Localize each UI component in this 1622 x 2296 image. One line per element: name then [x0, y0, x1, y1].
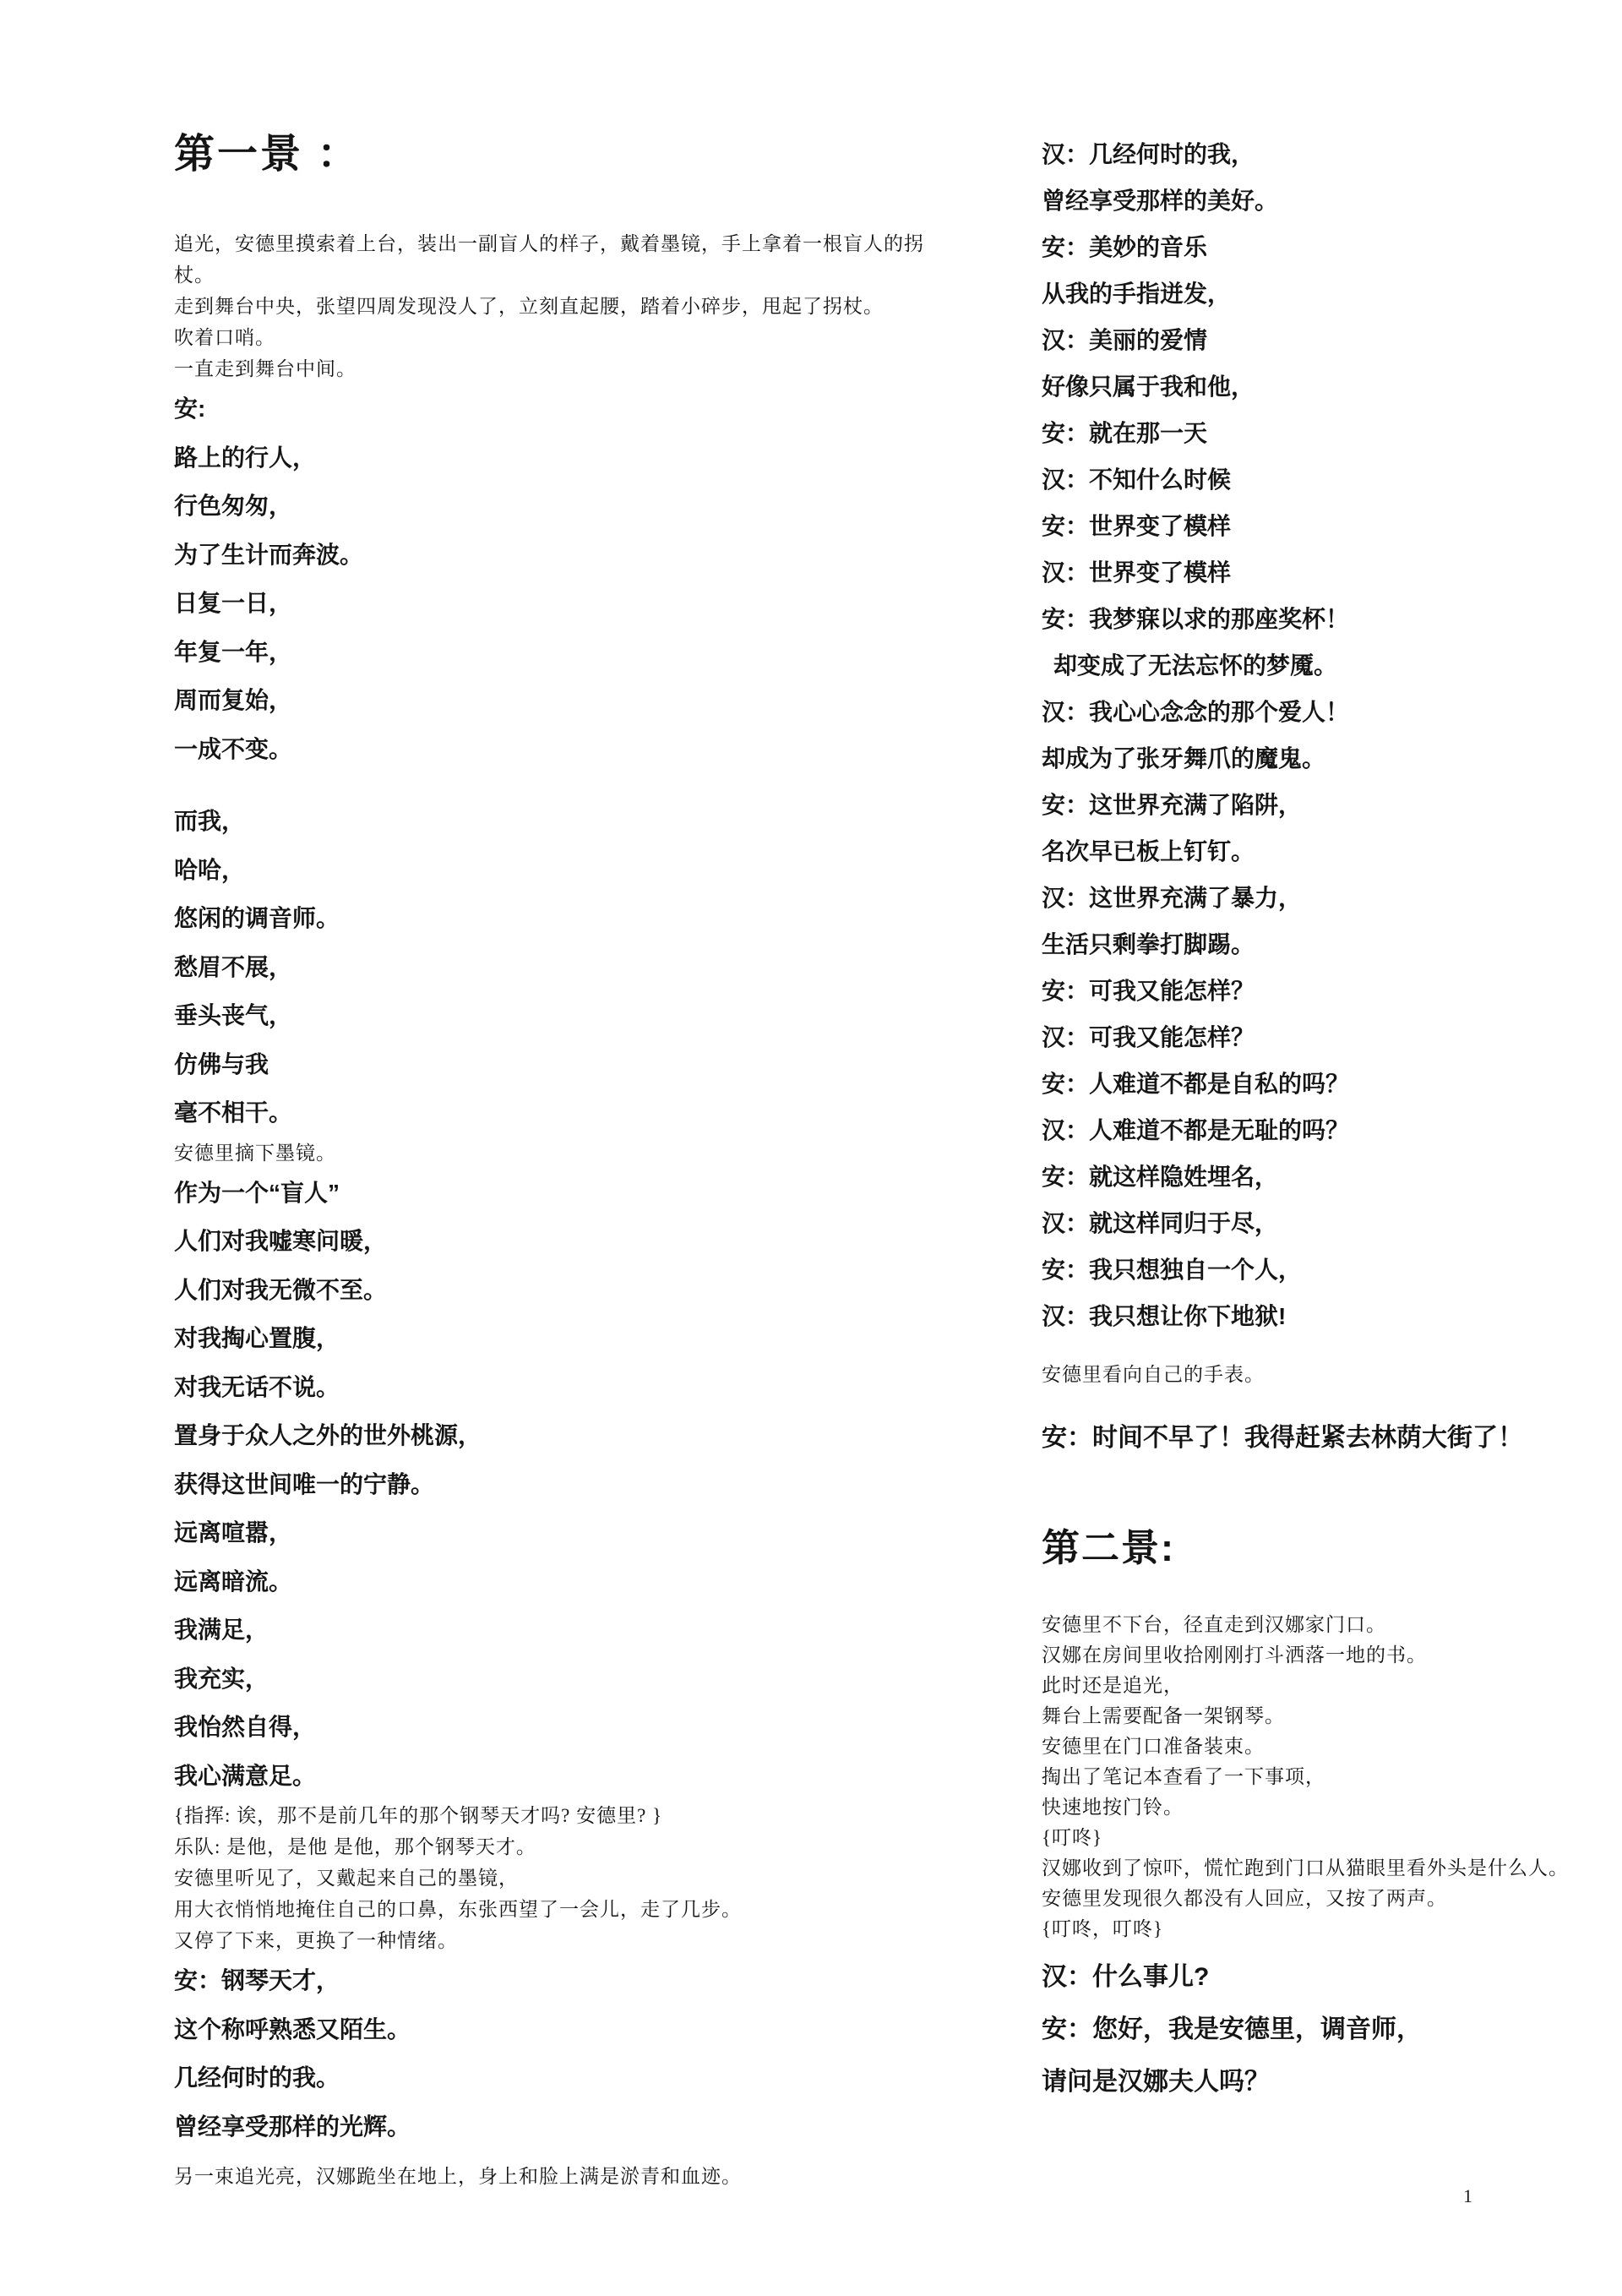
dialogue-line: 安：世界变了模样 — [1042, 503, 1622, 549]
dialogue-line: 汉：这世界充满了暴力， — [1042, 875, 1622, 921]
dialogue-line: 路上的行人， — [174, 434, 951, 483]
stage-direction: 汉娜收到了惊吓，慌忙跑到门口从猫眼里看外头是什么人。 — [1042, 1853, 1622, 1884]
stage-direction: 安德里看向自己的手表。 — [1042, 1360, 1622, 1390]
dialogue-line: 人们对我嘘寒问暖， — [174, 1217, 951, 1266]
dialogue-line: 获得这世间唯一的宁静。 — [174, 1460, 951, 1509]
stage-direction: 用大衣悄悄地掩住自己的口鼻，东张西望了一会儿，走了几步。 — [174, 1894, 951, 1925]
dialogue-line: 从我的手指迸发， — [1042, 270, 1622, 317]
spacer — [1042, 1944, 1622, 1951]
dialogue-line: 安：您好，我是安德里，调音师， — [1042, 2004, 1622, 2056]
dialogue-line: 汉：我心心念念的那个爱人！ — [1042, 689, 1622, 735]
dialogue-line: 请问是汉娜夫人吗？ — [1042, 2056, 1622, 2108]
spacer — [1042, 1573, 1622, 1610]
dialogue-line: 曾经享受那样的光辉。 — [174, 2102, 951, 2151]
dialogue-line: 周而复始， — [174, 676, 951, 725]
spacer — [174, 2151, 951, 2161]
stage-direction: 安德里听见了，又戴起来自己的墨镜， — [174, 1862, 951, 1894]
stage-direction: {指挥: 诶，那不是前几年的那个钢琴天才吗? 安德里? } — [174, 1800, 951, 1831]
dialogue-line: 好像只属于我和他， — [1042, 363, 1622, 410]
dialogue-line: 却变成了无法忘怀的梦魇。 — [1042, 642, 1622, 689]
dialogue-line: 毫不相干。 — [174, 1088, 951, 1137]
dialogue-line: 安：就在那一天 — [1042, 410, 1622, 456]
dialogue-line: 作为一个“盲人” — [174, 1169, 951, 1218]
dialogue-line: 对我掏心置腹， — [174, 1314, 951, 1363]
stage-direction: 汉娜在房间里收拾刚刚打斗洒落一地的书。 — [1042, 1640, 1622, 1671]
stage-direction: {叮咚} — [1042, 1823, 1622, 1853]
dialogue-line: 汉：可我又能怎样？ — [1042, 1014, 1622, 1061]
stage-direction: {叮咚，叮咚} — [1042, 1914, 1622, 1944]
spacer — [1042, 1464, 1622, 1524]
spacer — [174, 181, 951, 228]
page-number: 1 — [1463, 2185, 1472, 2207]
dialogue-line: 为了生计而奔波。 — [174, 531, 951, 580]
dialogue-line: 安：我只想独自一个人， — [1042, 1246, 1622, 1293]
dialogue-line: 曾经享受那样的美好。 — [1042, 177, 1622, 224]
stage-direction: 又停了下来，更换了一种情绪。 — [174, 1925, 951, 1956]
stage-direction: 吹着口哨。 — [174, 322, 951, 353]
dialogue-line: 汉：我只想让你下地狱! — [1042, 1293, 1622, 1339]
dialogue-line: 置身于众人之外的世外桃源， — [174, 1411, 951, 1460]
dialogue-line: 汉：就这样同归于尽， — [1042, 1200, 1622, 1246]
left-column: 第一景 ：追光，安德里摸索着上台，装出一副盲人的样子，戴着墨镜，手上拿着一根盲人… — [174, 128, 951, 2192]
stage-direction: 掏出了笔记本查看了一下事项， — [1042, 1762, 1622, 1792]
dialogue-line: 对我无话不说。 — [174, 1363, 951, 1412]
dialogue-line: 我心满意足。 — [174, 1752, 951, 1801]
dialogue-line: 名次早已板上钉钉。 — [1042, 828, 1622, 875]
dialogue-line: 安：我梦寐以求的那座奖杯！ — [1042, 596, 1622, 642]
stage-direction: 乐队: 是他，是他 是他，那个钢琴天才。 — [174, 1831, 951, 1862]
dialogue-line: 却成为了张牙舞爪的魔鬼。 — [1042, 735, 1622, 782]
spacer — [174, 773, 951, 797]
dialogue-line: 远离喧嚣， — [174, 1508, 951, 1557]
right-column: 汉：几经何时的我，曾经享受那样的美好。安：美妙的音乐从我的手指迸发，汉：美丽的爱… — [1042, 131, 1622, 2108]
dialogue-line: 安：美妙的音乐 — [1042, 224, 1622, 270]
spacer — [1042, 1339, 1622, 1360]
stage-direction: 安德里不下台，径直走到汉娜家门口。 — [1042, 1610, 1622, 1640]
dialogue-line: 安：人难道不都是自私的吗？ — [1042, 1061, 1622, 1107]
scene-heading: 第二景: — [1042, 1524, 1622, 1573]
dialogue-line: 而我， — [174, 797, 951, 846]
dialogue-line: 日复一日， — [174, 579, 951, 628]
dialogue-line: 仿佛与我 — [174, 1040, 951, 1089]
dialogue-line: 垂头丧气， — [174, 991, 951, 1040]
script-page: 第一景 ：追光，安德里摸索着上台，装出一副盲人的样子，戴着墨镜，手上拿着一根盲人… — [0, 0, 1622, 2296]
stage-direction: 追光，安德里摸索着上台，装出一副盲人的样子，戴着墨镜，手上拿着一根盲人的拐杖。 — [174, 228, 951, 291]
dialogue-line: 安：可我又能怎样？ — [1042, 968, 1622, 1014]
dialogue-line: 几经何时的我。 — [174, 2053, 951, 2102]
stage-direction: 此时还是追光， — [1042, 1671, 1622, 1701]
dialogue-line: 汉：不知什么时候 — [1042, 456, 1622, 503]
dialogue-line: 安：这世界充满了陷阱， — [1042, 782, 1622, 828]
dialogue-line: 一成不变。 — [174, 725, 951, 774]
dialogue-line: 安：就这样隐姓埋名， — [1042, 1153, 1622, 1200]
stage-direction: 走到舞台中央，张望四周发现没人了，立刻直起腰，踏着小碎步，甩起了拐杖。 — [174, 291, 951, 322]
stage-direction: 安德里摘下墨镜。 — [174, 1137, 951, 1169]
stage-direction: 另一束追光亮，汉娜跪坐在地上，身上和脸上满是淤青和血迹。 — [174, 2161, 951, 2192]
dialogue-line: 汉：美丽的爱情 — [1042, 317, 1622, 363]
dialogue-line: 悠闲的调音师。 — [174, 894, 951, 943]
dialogue-line: 行色匆匆， — [174, 482, 951, 531]
stage-direction: 安德里在门口准备装束。 — [1042, 1732, 1622, 1762]
dialogue-line: 这个称呼熟悉又陌生。 — [174, 2005, 951, 2054]
stage-direction: 舞台上需要配备一架钢琴。 — [1042, 1701, 1622, 1732]
dialogue-line: 我满足， — [174, 1606, 951, 1655]
dialogue-line: 安：钢琴天才， — [174, 1956, 951, 2005]
dialogue-line: 汉：人难道不都是无耻的吗？ — [1042, 1107, 1622, 1153]
dialogue-line: 我充实， — [174, 1655, 951, 1704]
stage-direction: 安德里发现很久都没有人回应，又按了两声。 — [1042, 1884, 1622, 1914]
dialogue-line: 生活只剩拳打脚踢。 — [1042, 921, 1622, 968]
stage-direction: 一直走到舞台中间。 — [174, 353, 951, 384]
dialogue-line: 汉：几经何时的我， — [1042, 131, 1622, 177]
spacer — [1042, 1390, 1622, 1412]
dialogue-line: 哈哈， — [174, 846, 951, 895]
dialogue-line: 安：时间不早了！我得赶紧去林荫大街了！ — [1042, 1412, 1622, 1464]
dialogue-line: 年复一年， — [174, 628, 951, 677]
dialogue-line: 我怡然自得， — [174, 1703, 951, 1752]
dialogue-line: 愁眉不展， — [174, 943, 951, 992]
stage-direction: 快速地按门铃。 — [1042, 1792, 1622, 1823]
dialogue-line: 汉：什么事儿? — [1042, 1951, 1622, 2004]
dialogue-line: 人们对我无微不至。 — [174, 1266, 951, 1315]
dialogue-line: 远离暗流。 — [174, 1557, 951, 1606]
dialogue-line: 汉：世界变了模样 — [1042, 549, 1622, 596]
dialogue-line: 安: — [174, 384, 951, 434]
scene-heading: 第一景 ： — [174, 128, 951, 181]
